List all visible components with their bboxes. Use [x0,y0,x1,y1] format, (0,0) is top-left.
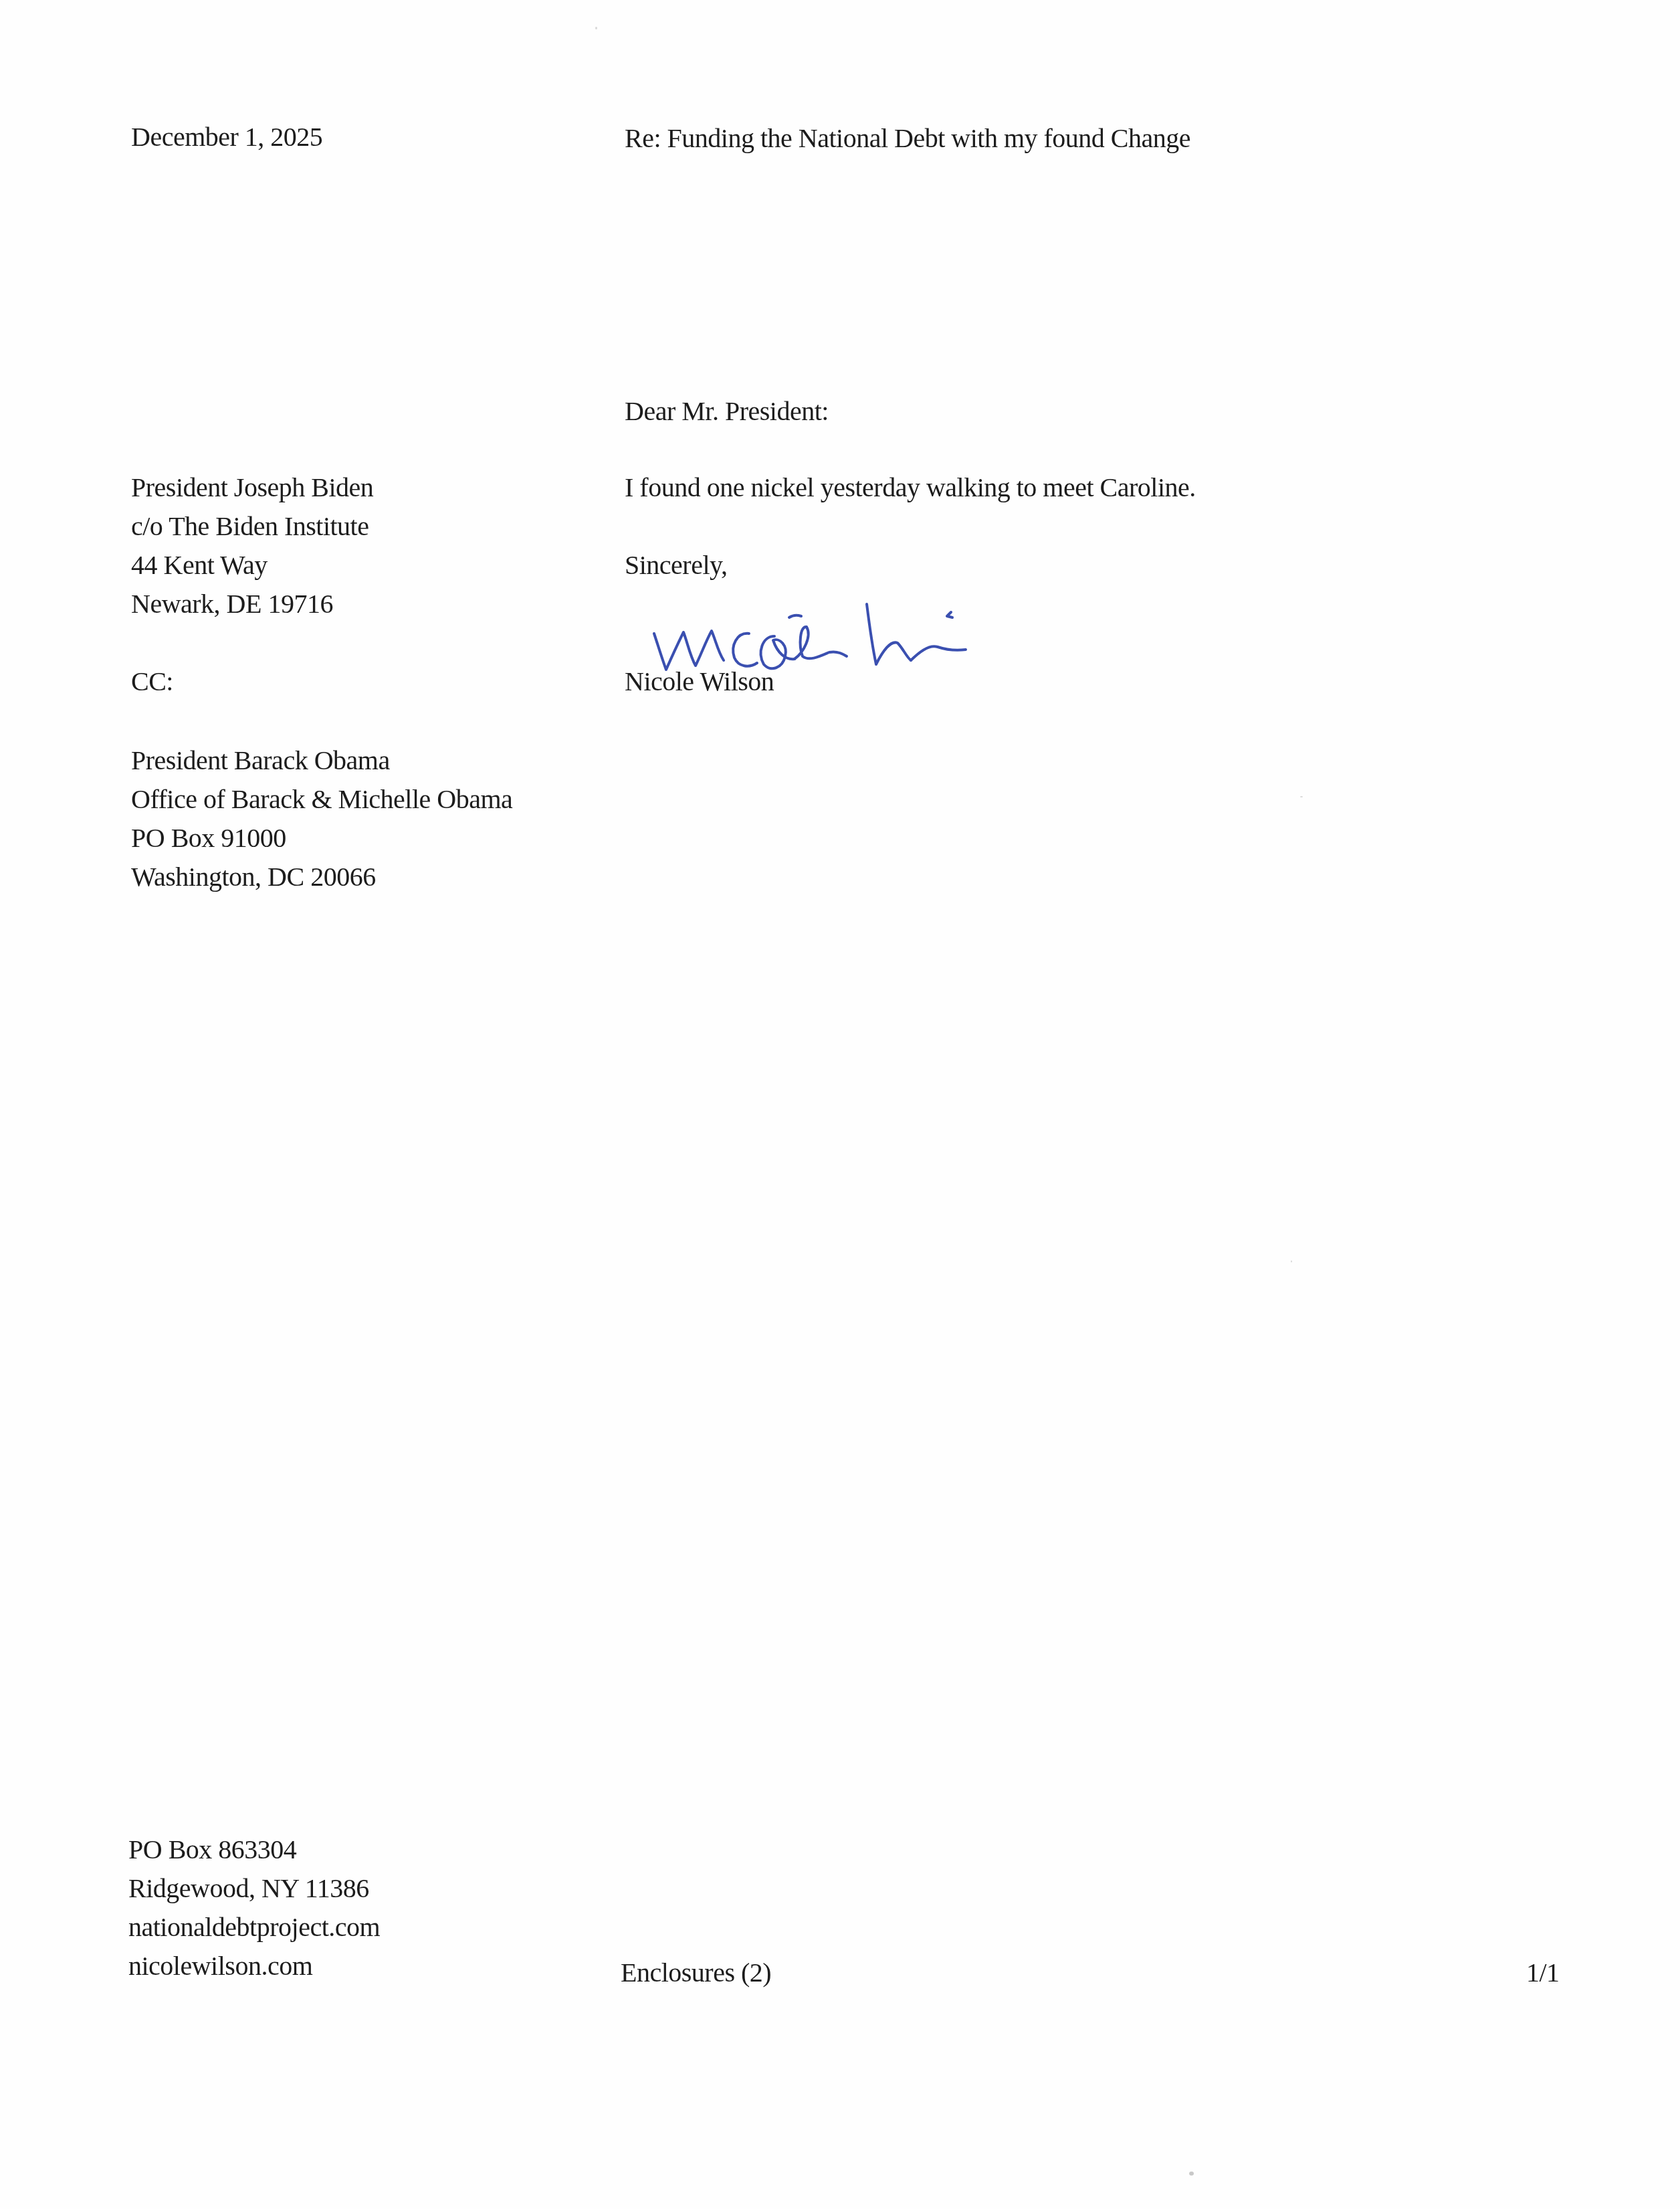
cc-line: Washington, DC 20066 [131,858,512,896]
sender-line: Ridgewood, NY 11386 [128,1869,380,1908]
sender-website: nicolewilson.com [128,1947,380,1986]
signer-name: Nicole Wilson [625,662,774,701]
closing: Sincerely, [625,546,727,585]
recipient-line: c/o The Biden Institute [131,507,373,546]
cc-line: President Barack Obama [131,741,512,780]
cc-label: CC: [131,662,173,701]
sender-line: PO Box 863304 [128,1830,380,1869]
cc-line: Office of Barack & Michelle Obama [131,780,512,819]
enclosures-note: Enclosures (2) [621,1953,771,1992]
letter-page: December 1, 2025 Re: Funding the Nationa… [0,0,1680,2209]
scan-speck [595,27,597,29]
recipient-line: 44 Kent Way [131,546,373,585]
letter-subject: Re: Funding the National Debt with my fo… [625,119,1190,158]
cc-line: PO Box 91000 [131,819,512,858]
scan-speck [1291,1260,1292,1262]
scan-speck [1300,796,1303,797]
recipient-address: President Joseph Biden c/o The Biden Ins… [131,468,373,623]
letter-date: December 1, 2025 [131,118,322,157]
sender-address: PO Box 863304 Ridgewood, NY 11386 nation… [128,1830,380,1986]
cc-address: President Barack Obama Office of Barack … [131,741,512,896]
scan-speck [1189,2172,1194,2176]
page-number: 1/1 [1526,1953,1560,1992]
recipient-line: Newark, DE 19716 [131,585,373,623]
salutation: Dear Mr. President: [625,392,829,431]
sender-website: nationaldebtproject.com [128,1908,380,1947]
letter-body: I found one nickel yesterday walking to … [625,468,1196,507]
recipient-line: President Joseph Biden [131,468,373,507]
